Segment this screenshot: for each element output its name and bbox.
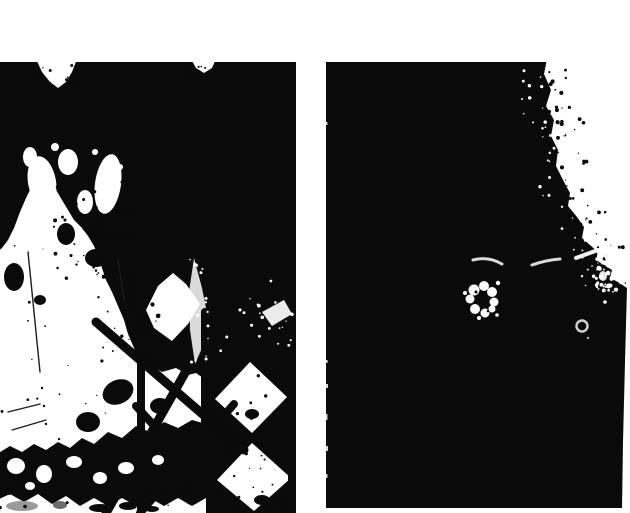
left-photo-art xyxy=(0,62,296,513)
dot-highlight xyxy=(587,337,589,339)
dark-silhouette-field xyxy=(326,62,627,508)
wire-dots xyxy=(41,387,47,425)
bottom-foliage-band xyxy=(0,420,206,506)
right-photograph xyxy=(326,62,627,508)
left-photograph xyxy=(0,62,296,513)
dot-highlight xyxy=(603,300,607,304)
right-photo-art xyxy=(326,62,627,508)
scanned-page xyxy=(0,0,630,513)
